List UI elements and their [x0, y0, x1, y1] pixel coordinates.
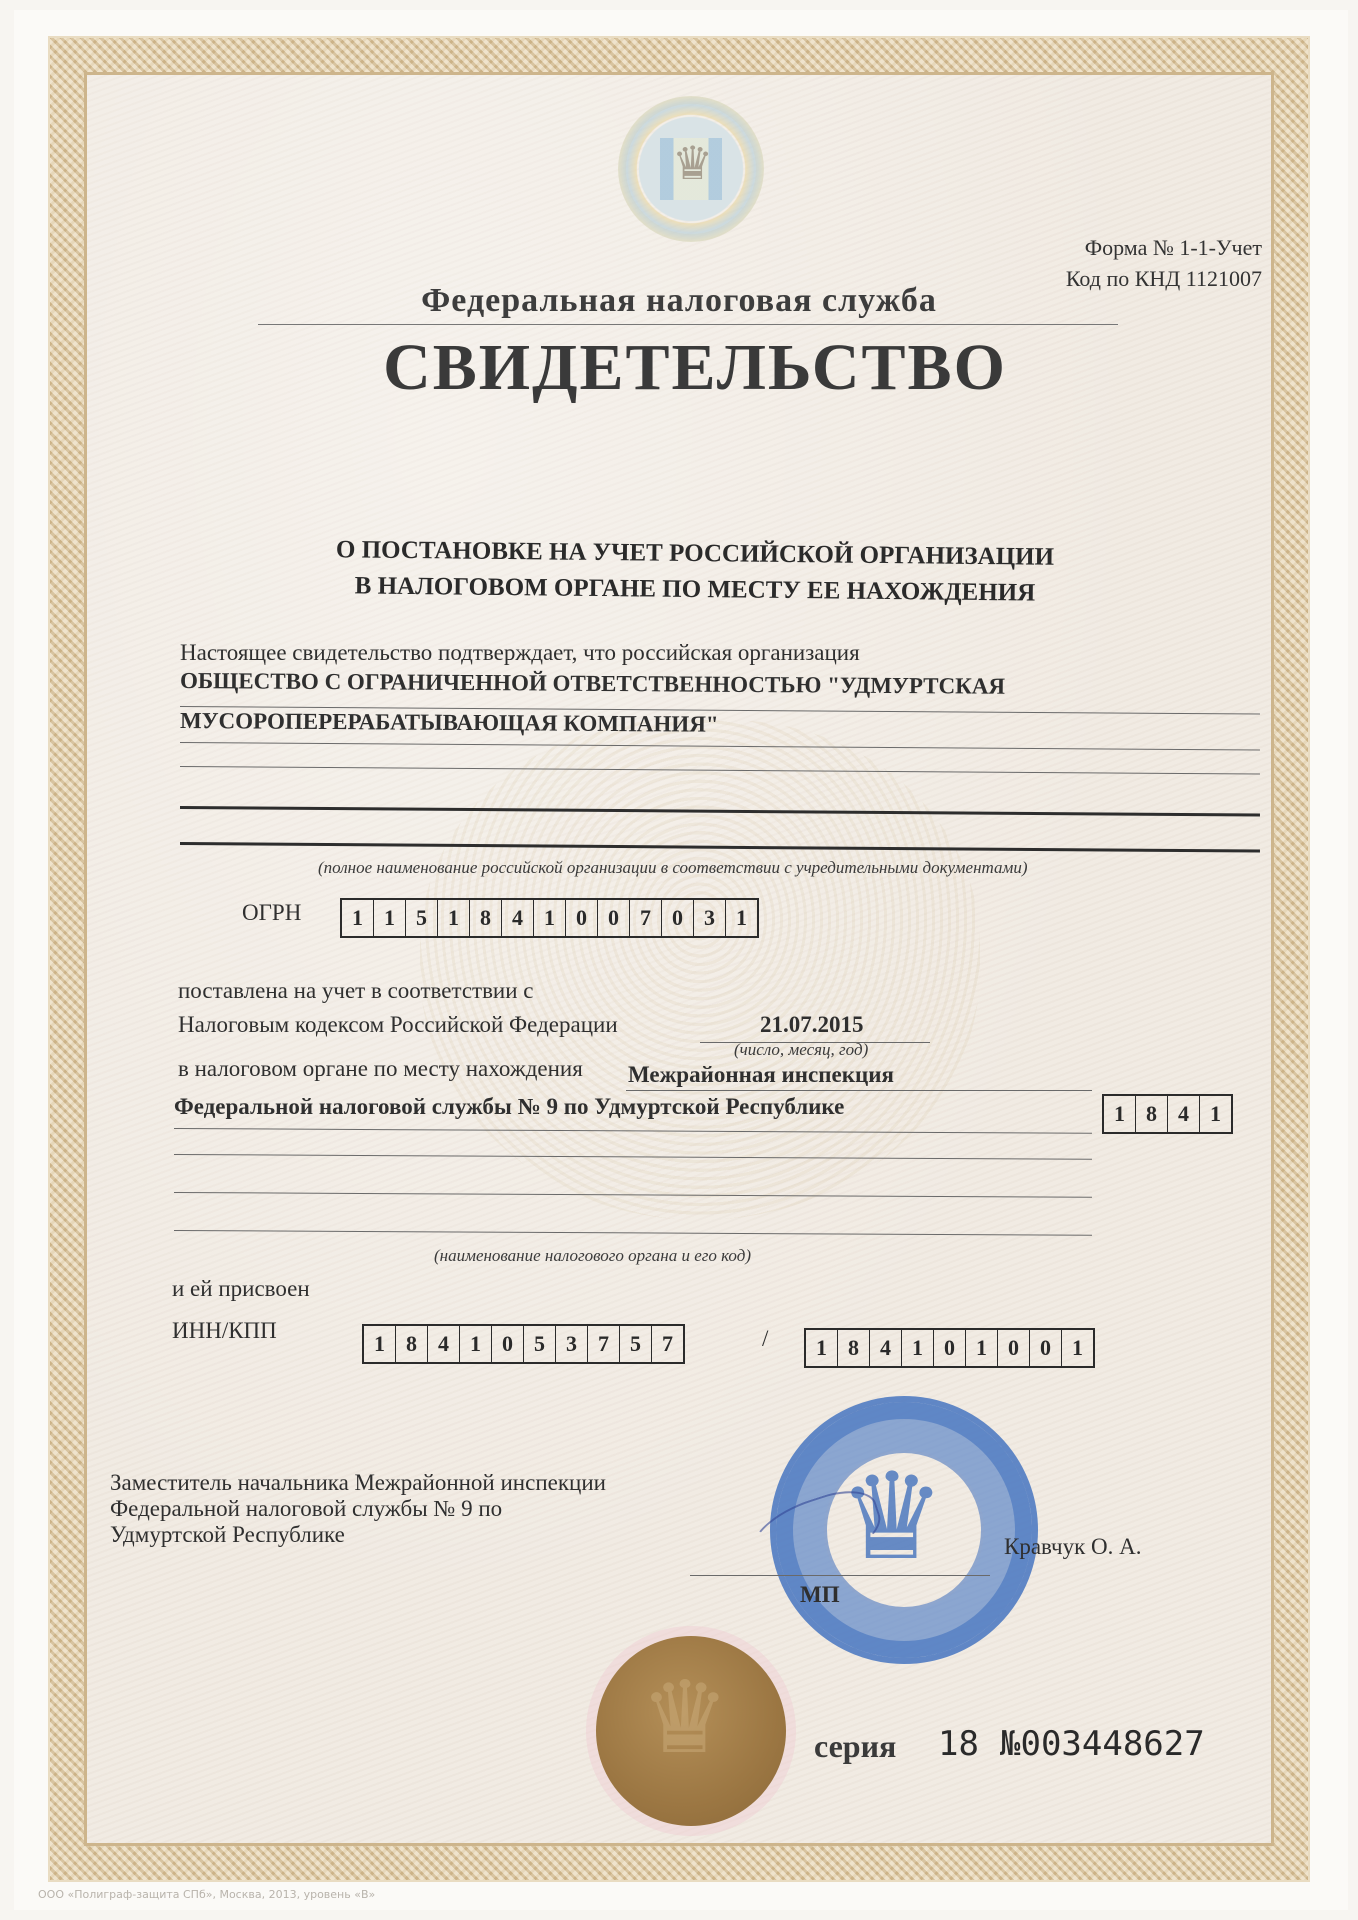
authority-line-1-rule	[626, 1090, 1092, 1091]
org-name-line-2: МУСОРОПЕРЕРАБАТЫВАЮЩАЯ КОМПАНИЯ"	[180, 708, 719, 738]
authority-line-2: Федеральной налоговой службы № 9 по Удму…	[174, 1094, 844, 1120]
signatory-name: Кравчук О. А.	[1004, 1534, 1142, 1560]
kpp-digit: 0	[998, 1330, 1030, 1366]
registration-date: 21.07.2015	[760, 1012, 864, 1038]
series-value: 18	[938, 1724, 979, 1764]
serial-number: №003448627	[1000, 1724, 1205, 1764]
ogrn-digit: 1	[726, 900, 757, 936]
inn-digit: 1	[364, 1326, 396, 1362]
authority-code-digit: 8	[1136, 1096, 1168, 1132]
signature-line	[690, 1575, 990, 1576]
ogrn-digit: 7	[630, 900, 662, 936]
authority-code-digit: 1	[1104, 1096, 1136, 1132]
kpp-digit: 1	[966, 1330, 998, 1366]
form-number: Форма № 1-1-Учет	[1066, 232, 1262, 263]
authority-code-digit: 1	[1200, 1096, 1231, 1132]
kpp-digit: 1	[902, 1330, 934, 1366]
inn-kpp-separator: /	[762, 1326, 768, 1352]
signatory-position: Заместитель начальника Межрайонной инспе…	[110, 1470, 606, 1548]
ogrn-digit: 0	[598, 900, 630, 936]
inn-digit: 1	[460, 1326, 492, 1362]
kpp-digit: 0	[934, 1330, 966, 1366]
assigned-intro: и ей присвоен	[172, 1276, 310, 1302]
seal-eagle-icon: ♛	[640, 1668, 730, 1768]
kpp-digit: 8	[838, 1330, 870, 1366]
inn-digit: 3	[556, 1326, 588, 1362]
ogrn-field: 1151841007031	[340, 898, 759, 938]
inn-field: 1841053757	[362, 1324, 685, 1364]
printer-imprint: ООО «Полиграф-защита СПб», Москва, 2013,…	[38, 1888, 375, 1901]
ogrn-digit: 1	[534, 900, 566, 936]
kpp-field: 184101001	[804, 1328, 1095, 1368]
registration-line-2: Налоговым кодексом Российской Федерации	[178, 1012, 618, 1038]
eagle-watermark	[420, 720, 980, 1220]
agency-rule	[258, 324, 1118, 325]
ogrn-digit: 0	[566, 900, 598, 936]
kpp-digit: 1	[806, 1330, 838, 1366]
position-line-3: Удмуртской Республике	[110, 1522, 606, 1548]
kpp-digit: 1	[1062, 1330, 1093, 1366]
agency-name: Федеральная налоговая служба	[0, 282, 1358, 320]
ogrn-digit: 8	[470, 900, 502, 936]
registration-line-1: поставлена на учет в соответствии с	[178, 978, 534, 1004]
ogrn-digit: 5	[406, 900, 438, 936]
inn-digit: 8	[396, 1326, 428, 1362]
ogrn-digit: 3	[694, 900, 726, 936]
kpp-digit: 0	[1030, 1330, 1062, 1366]
authority-code-digit: 4	[1168, 1096, 1200, 1132]
document-title: СВИДЕТЕЛЬСТВО	[0, 330, 1358, 406]
kpp-digit: 4	[870, 1330, 902, 1366]
inn-digit: 7	[588, 1326, 620, 1362]
series-label: серия	[814, 1728, 896, 1765]
org-name-caption: (полное наименование российской организа…	[318, 858, 1028, 878]
inn-kpp-label: ИНН/КПП	[172, 1318, 277, 1344]
eagle-emblem-icon: ♛	[672, 136, 713, 190]
intro-text: Настоящее свидетельство подтверждает, чт…	[180, 640, 860, 666]
ogrn-digit: 0	[662, 900, 694, 936]
ogrn-digit: 1	[438, 900, 470, 936]
authority-intro: в налоговом органе по месту нахождения	[178, 1056, 583, 1082]
document-subtitle: О ПОСТАНОВКЕ НА УЧЕТ РОССИЙСКОЙ ОРГАНИЗА…	[0, 536, 1358, 608]
position-line-2: Федеральной налоговой службы № 9 по	[110, 1496, 606, 1522]
ogrn-label: ОГРН	[242, 900, 301, 926]
ogrn-digit: 1	[342, 900, 374, 936]
authority-line-1: Межрайонная инспекция	[628, 1062, 894, 1088]
stamp-place-label: МП	[800, 1582, 840, 1608]
authority-caption: (наименование налогового органа и его ко…	[434, 1246, 751, 1266]
ogrn-digit: 1	[374, 900, 406, 936]
inn-digit: 4	[428, 1326, 460, 1362]
position-line-1: Заместитель начальника Межрайонной инспе…	[110, 1470, 606, 1496]
ogrn-digit: 4	[502, 900, 534, 936]
date-caption: (число, месяц, год)	[734, 1040, 868, 1060]
inn-digit: 5	[620, 1326, 652, 1362]
authority-code-field: 1841	[1102, 1094, 1233, 1134]
inn-digit: 0	[492, 1326, 524, 1362]
inn-digit: 7	[652, 1326, 683, 1362]
inn-digit: 5	[524, 1326, 556, 1362]
